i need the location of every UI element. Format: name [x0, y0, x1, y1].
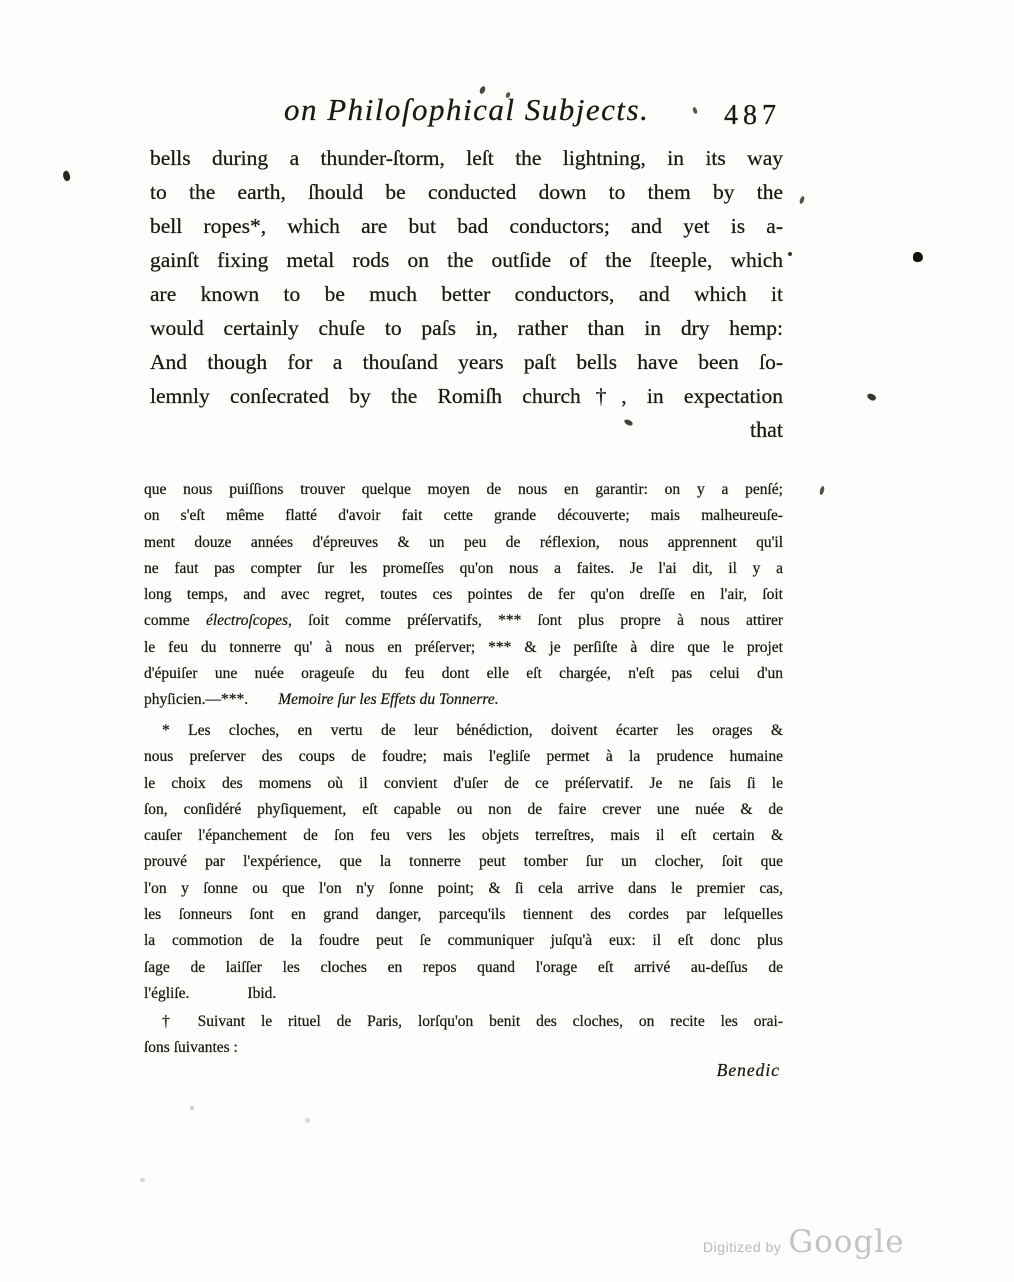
scan-speck: [819, 486, 825, 496]
scan-speck: [866, 392, 877, 402]
body-line: would certainly chuſe to paſs in, rather…: [150, 311, 783, 345]
body-line: are known to be much better conductors, …: [150, 277, 783, 311]
footnote-line: * Les cloches, en vertu de leur bénédict…: [144, 718, 783, 744]
footnote-text: comme: [144, 612, 206, 629]
scan-speck: [61, 170, 72, 182]
scan-speck: [692, 107, 698, 115]
body-line: lemnly conſecrated by the Romiſh church†…: [150, 379, 783, 413]
body-line: gainſt fixing metal rods on the outſide …: [150, 243, 783, 277]
footnote-dagger: † Suivant le rituel de Paris, lorſqu'on …: [144, 1009, 783, 1062]
scan-speck: [140, 1178, 145, 1182]
footnote-line: on s'eſt même flatté d'avoir fait cette …: [144, 503, 783, 529]
scan-speck: [799, 196, 805, 205]
digitized-by-label: Digitized by: [703, 1239, 781, 1255]
scan-speck: [913, 252, 923, 262]
page-number: 487: [724, 100, 781, 132]
footnote-line: nous preſerver des coups de foudre; mais…: [144, 744, 783, 770]
footnote-line: ſons ſuivantes :: [144, 1035, 783, 1061]
footnote-line: d'épuiſer une nuée orageuſe du feu dont …: [144, 661, 783, 687]
footnote-line: cauſer l'épanchement de ſon feu vers les…: [144, 823, 783, 849]
footnote-line: que nous puiſſions trouver quelque moyen…: [144, 477, 783, 503]
footnote-line: long temps, and avec regret, toutes ces …: [144, 582, 783, 608]
footnote-line: † Suivant le rituel de Paris, lorſqu'on …: [144, 1009, 783, 1035]
footnote-line: l'on y ſonne ou que l'on n'y ſonne point…: [144, 876, 783, 902]
footnote-line: le choix des momens où il convient d'uſe…: [144, 771, 783, 797]
footnote-line: comme électroſcopes, ſoit comme préſerva…: [144, 608, 783, 634]
footnote-ibid-reference: Ibid.: [247, 981, 276, 1007]
scan-speck: [305, 1118, 310, 1123]
footnote-line: phyſicien.—***.Memoire ſur les Effets du…: [144, 687, 783, 713]
footnote-star: * Les cloches, en vertu de leur bénédict…: [144, 718, 783, 1007]
footnote-line: prouvé par l'expérience, que la tonnerre…: [144, 849, 783, 875]
scan-speck: [190, 1106, 194, 1110]
google-logo: Google: [788, 1224, 904, 1260]
footnote-source-citation: Memoire ſur les Effets du Tonnerre.: [278, 687, 498, 713]
footnote-text: l'égliſe.: [144, 985, 189, 1002]
body-line: And though for a thouſand years paſt bel…: [150, 345, 783, 379]
footnote-text: phyſicien.—***.: [144, 691, 248, 708]
footnote-line: ne faut pas compter ſur les promeſſes qu…: [144, 556, 783, 582]
body-line: to the earth, ſhould be conducted down t…: [150, 175, 783, 209]
footnote-line: l'égliſe.Ibid.: [144, 981, 783, 1007]
footnote-line: ſage de laiſſer les cloches en repos qua…: [144, 955, 783, 981]
footnote-italic-term: électroſcopes: [206, 612, 288, 629]
scanned-book-page: on Philoſophical Subjects. 487 bells dur…: [0, 0, 1014, 1282]
footnote-line: le feu du tonnerre qu' à nous en préſerv…: [144, 635, 783, 661]
catchword: that: [150, 417, 783, 443]
body-line: bells during a thunder-ſtorm, leſt the l…: [150, 141, 783, 175]
running-head-title: on Philoſophical Subjects.: [284, 92, 649, 128]
catchword: Benedic: [146, 1060, 780, 1081]
footnote-line: ment douze années d'épreuves & un peu de…: [144, 530, 783, 556]
footnote-line: ſon, conſidéré phyſiquement, eſt capable…: [144, 797, 783, 823]
scan-speck: [788, 252, 792, 256]
main-paragraph: bells during a thunder-ſtorm, leſt the l…: [150, 141, 783, 413]
body-line: bell ropes*, which are but bad conductor…: [150, 209, 783, 243]
footnote-line: les ſonneurs ſont en grand danger, parce…: [144, 902, 783, 928]
footnote-continuation: que nous puiſſions trouver quelque moyen…: [144, 477, 783, 714]
google-watermark: Digitized by Google: [703, 1224, 905, 1260]
footnote-text: , ſoit comme préſervatifs, *** ſont plus…: [288, 612, 783, 629]
footnote-line: la commotion de la foudre peut ſe commun…: [144, 928, 783, 954]
